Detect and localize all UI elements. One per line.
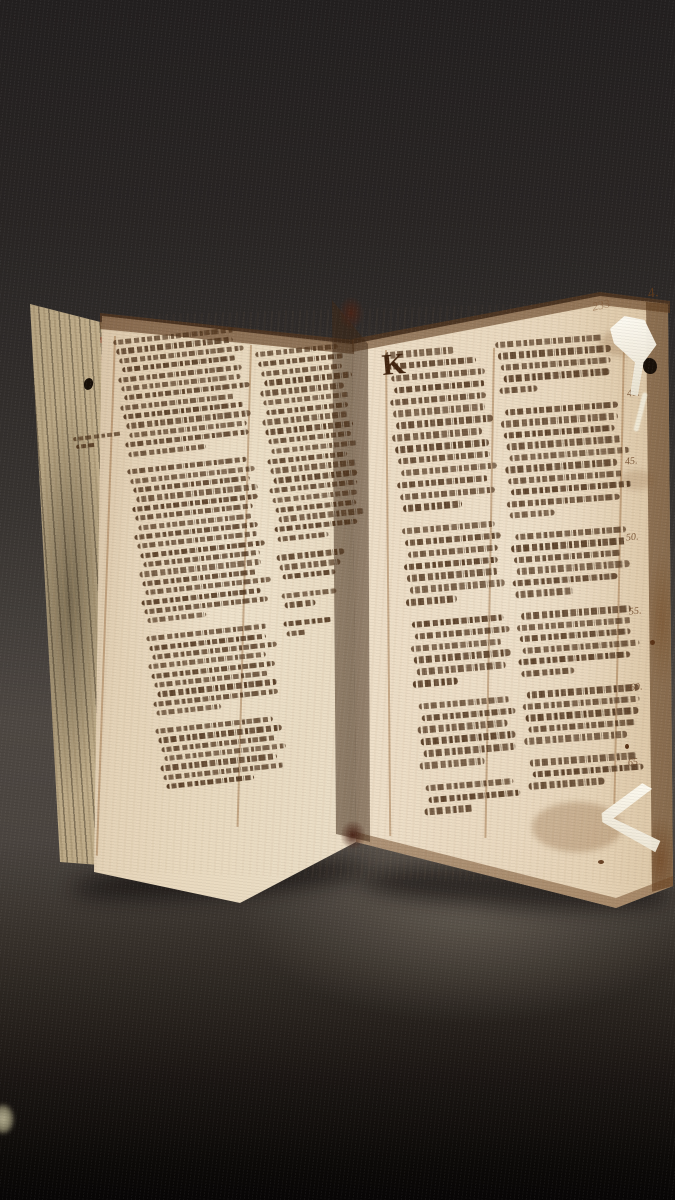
photo-grain	[0, 0, 675, 1200]
photo-of-open-manuscript: An open medieval manuscript codex with t…	[0, 0, 675, 1200]
